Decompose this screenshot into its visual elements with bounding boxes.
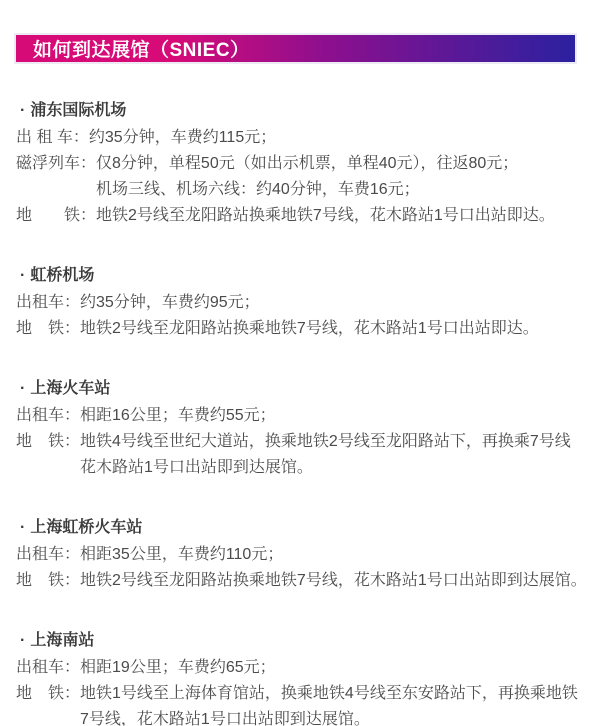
transport-row: 地 铁： 地铁2号线至龙阳路站换乘地铁7号线，花木路站1号口出站即到达展馆。 <box>16 568 580 594</box>
transport-section: · 上海虹桥火车站 出租车： 相距35公里，车费约110元； 地 铁： 地铁2号… <box>16 517 580 594</box>
transport-section: · 虹桥机场 出租车： 约35分钟，车费约95元； 地 铁： 地铁2号线至龙阳路… <box>16 265 580 342</box>
row-line: 地铁4号线至世纪大道站，换乘地铁2号线至龙阳路站下，再换乘7号线 <box>80 429 580 455</box>
transport-row: 出租车： 相距19公里；车费约65元； <box>16 655 580 681</box>
transport-row: 出租车： 相距35公里，车费约110元； <box>16 542 580 568</box>
transport-row: 地 铁： 地铁4号线至世纪大道站，换乘地铁2号线至龙阳路站下，再换乘7号线花木路… <box>16 429 580 481</box>
row-label: 出租车： <box>16 655 80 681</box>
transport-row: 出租车： 相距16公里；车费约55元； <box>16 403 580 429</box>
row-lines: 地铁2号线至龙阳路站换乘地铁7号线，花木路站1号口出站即达。 <box>96 203 580 229</box>
transport-row: 磁浮列车： 仅8分钟，单程50元（如出示机票，单程40元），往返80元；机场三线… <box>16 151 580 203</box>
row-line: 机场三线、机场六线：约40分钟，车费16元； <box>96 177 580 203</box>
row-line: 相距19公里；车费约65元； <box>80 655 580 681</box>
section-title: · 浦东国际机场 <box>16 100 580 122</box>
transport-section: · 浦东国际机场 出 租 车： 约35分钟，车费约115元； 磁浮列车： 仅8分… <box>16 100 580 229</box>
bullet-icon: · <box>20 630 25 652</box>
transport-row: 出 租 车： 约35分钟，车费约115元； <box>16 125 580 151</box>
row-label: 地 铁： <box>16 316 80 342</box>
row-line: 地铁2号线至龙阳路站换乘地铁7号线，花木路站1号口出站即到达展馆。 <box>80 568 580 594</box>
row-label: 出 租 车： <box>16 125 89 151</box>
section-title-text: 上海南站 <box>30 630 94 652</box>
bullet-icon: · <box>20 378 25 400</box>
section-title-text: 上海火车站 <box>30 378 110 400</box>
section-title: · 虹桥机场 <box>16 265 580 287</box>
row-lines: 相距35公里，车费约110元； <box>80 542 580 568</box>
section-rows: 出租车： 相距16公里；车费约55元； 地 铁： 地铁4号线至世纪大道站，换乘地… <box>16 403 580 481</box>
section-title-text: 浦东国际机场 <box>30 100 126 122</box>
transport-section: · 上海火车站 出租车： 相距16公里；车费约55元； 地 铁： 地铁4号线至世… <box>16 378 580 481</box>
transport-row: 地 铁： 地铁2号线至龙阳路站换乘地铁7号线，花木路站1号口出站即达。 <box>16 316 580 342</box>
bullet-icon: · <box>20 100 25 122</box>
sections: · 浦东国际机场 出 租 车： 约35分钟，车费约115元； 磁浮列车： 仅8分… <box>0 100 600 726</box>
section-rows: 出租车： 约35分钟，车费约95元； 地 铁： 地铁2号线至龙阳路站换乘地铁7号… <box>16 290 580 342</box>
row-line: 7号线，花木路站1号口出站即到达展馆。 <box>80 707 580 726</box>
row-label: 出租车： <box>16 403 80 429</box>
row-label: 地 铁： <box>16 203 96 229</box>
row-lines: 约35分钟，车费约95元； <box>80 290 580 316</box>
row-lines: 约35分钟，车费约115元； <box>89 125 580 151</box>
header-banner: 如何到达展馆（SNIEC） <box>14 33 577 64</box>
section-title: · 上海火车站 <box>16 378 580 400</box>
row-lines: 仅8分钟，单程50元（如出示机票，单程40元），往返80元；机场三线、机场六线：… <box>96 151 580 203</box>
row-line: 地铁2号线至龙阳路站换乘地铁7号线，花木路站1号口出站即达。 <box>96 203 580 229</box>
row-label: 地 铁： <box>16 681 80 707</box>
row-label: 磁浮列车： <box>16 151 96 177</box>
row-lines: 地铁2号线至龙阳路站换乘地铁7号线，花木路站1号口出站即到达展馆。 <box>80 568 580 594</box>
row-lines: 相距16公里；车费约55元； <box>80 403 580 429</box>
section-rows: 出租车： 相距19公里；车费约65元； 地 铁： 地铁1号线至上海体育馆站，换乘… <box>16 655 580 726</box>
row-line: 仅8分钟，单程50元（如出示机票，单程40元），往返80元； <box>96 151 580 177</box>
row-label: 地 铁： <box>16 429 80 455</box>
row-lines: 地铁4号线至世纪大道站，换乘地铁2号线至龙阳路站下，再换乘7号线花木路站1号口出… <box>80 429 580 481</box>
row-line: 相距35公里，车费约110元； <box>80 542 580 568</box>
row-lines: 地铁1号线至上海体育馆站，换乘地铁4号线至东安路站下，再换乘地铁7号线，花木路站… <box>80 681 580 726</box>
row-line: 地铁1号线至上海体育馆站，换乘地铁4号线至东安路站下，再换乘地铁 <box>80 681 580 707</box>
transport-row: 出租车： 约35分钟，车费约95元； <box>16 290 580 316</box>
section-title-text: 上海虹桥火车站 <box>30 517 142 539</box>
row-line: 约35分钟，车费约115元； <box>89 125 580 151</box>
transport-row: 地 铁： 地铁2号线至龙阳路站换乘地铁7号线，花木路站1号口出站即达。 <box>16 203 580 229</box>
transport-row: 地 铁： 地铁1号线至上海体育馆站，换乘地铁4号线至东安路站下，再换乘地铁7号线… <box>16 681 580 726</box>
row-line: 约35分钟，车费约95元； <box>80 290 580 316</box>
page-title: 如何到达展馆（SNIEC） <box>16 35 250 62</box>
row-label: 出租车： <box>16 290 80 316</box>
row-label: 地 铁： <box>16 568 80 594</box>
section-title: · 上海虹桥火车站 <box>16 517 580 539</box>
section-title: · 上海南站 <box>16 630 580 652</box>
section-rows: 出租车： 相距35公里，车费约110元； 地 铁： 地铁2号线至龙阳路站换乘地铁… <box>16 542 580 594</box>
row-line: 地铁2号线至龙阳路站换乘地铁7号线，花木路站1号口出站即达。 <box>80 316 580 342</box>
bullet-icon: · <box>20 265 25 287</box>
transport-section: · 上海南站 出租车： 相距19公里；车费约65元； 地 铁： 地铁1号线至上海… <box>16 630 580 726</box>
bullet-icon: · <box>20 517 25 539</box>
row-lines: 地铁2号线至龙阳路站换乘地铁7号线，花木路站1号口出站即达。 <box>80 316 580 342</box>
row-lines: 相距19公里；车费约65元； <box>80 655 580 681</box>
row-label: 出租车： <box>16 542 80 568</box>
section-rows: 出 租 车： 约35分钟，车费约115元； 磁浮列车： 仅8分钟，单程50元（如… <box>16 125 580 229</box>
section-title-text: 虹桥机场 <box>30 265 94 287</box>
row-line: 相距16公里；车费约55元； <box>80 403 580 429</box>
row-line: 花木路站1号口出站即到达展馆。 <box>80 455 580 481</box>
